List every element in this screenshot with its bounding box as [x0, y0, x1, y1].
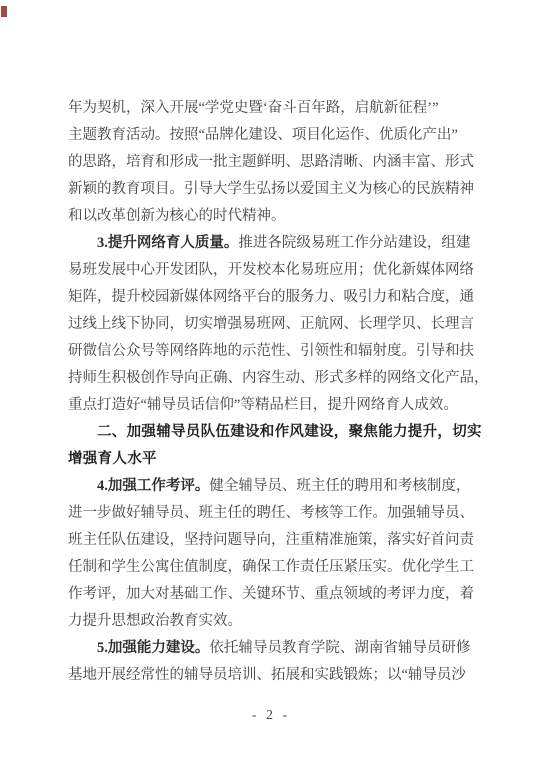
clause-5-lead: 5.加强能力建设。	[97, 640, 209, 656]
continuation-paragraph: 年为契机，深入开展“学党史暨‘奋斗百年路，启航新征程’” 主题教育活动。按照“品…	[68, 95, 480, 230]
clause-5-paragraph: 5.加强能力建设。依托辅导员教育学院、湖南省辅导员研修 基地开展经常性的辅导员培…	[68, 635, 480, 689]
clause-3-lead: 3.提升网络育人质量。	[97, 235, 238, 251]
document-body: 年为契机，深入开展“学党史暨‘奋斗百年路，启航新征程’” 主题教育活动。按照“品…	[68, 95, 480, 689]
section-2-heading: 二、加强辅导员队伍建设和作风建设，聚焦能力提升，切实 增强育人水平	[68, 419, 480, 473]
scan-artifact-mark	[1, 6, 7, 17]
page-number: - 2 -	[0, 708, 542, 724]
clause-3-paragraph: 3.提升网络育人质量。推进各院级易班工作分站建设，组建 易班发展中心开发团队，开…	[68, 230, 480, 419]
document-page: 年为契机，深入开展“学党史暨‘奋斗百年路，启航新征程’” 主题教育活动。按照“品…	[0, 0, 542, 768]
continuation-paragraph-text: 年为契机，深入开展“学党史暨‘奋斗百年路，启航新征程’” 主题教育活动。按照“品…	[68, 100, 474, 224]
clause-4-lead: 4.加强工作考评。	[97, 478, 209, 494]
clause-4-paragraph: 4.加强工作考评。健全辅导员、班主任的聘用和考核制度， 进一步做好辅导员、班主任…	[68, 473, 480, 635]
clause-3-text: 推进各院级易班工作分站建设，组建 易班发展中心开发团队，开发校本化易班应用；优化…	[68, 235, 489, 413]
clause-4-text: 健全辅导员、班主任的聘用和考核制度， 进一步做好辅导员、班主任的聘任、考核等工作…	[68, 478, 474, 629]
